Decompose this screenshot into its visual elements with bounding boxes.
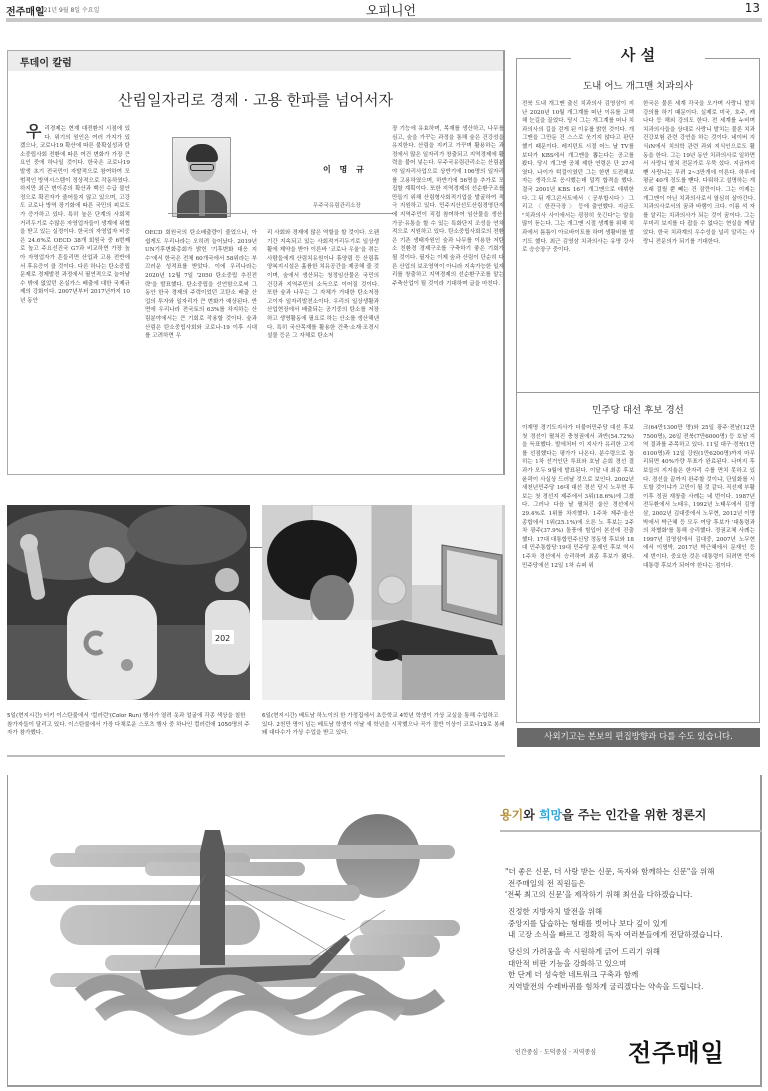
ship-illustration <box>20 780 460 1080</box>
svg-text:202: 202 <box>215 634 230 643</box>
ad-headline: 용기와 희망을 주는 인간을 위한 정론지 <box>500 806 706 823</box>
today-column: 투데이 칼럼 산림일자리로 경제 · 고용 한파를 넘어서자 우 리경제는 현재… <box>7 50 505 475</box>
photo-caption-2: 6일(현지시간) 베트남 하노이의 한 가정집에서 초등학교 4학년 학생이 가… <box>262 712 505 738</box>
author-name: 이 명 규 <box>323 164 367 175</box>
editorial-text-2a: 이재명 경기도지사가 더불어민주당 대선 후보 첫 경선이 펼쳐진 충청권에서 … <box>522 424 634 570</box>
column-text-col4: 장 기능에 유효하며, 목재를 생산하고, 나무를 심고, 숲을 가꾸는 과정을… <box>392 125 504 288</box>
section-title: 오피니언 <box>336 0 446 19</box>
ad-slogan: 인간중심 · 도덕중심 · 지역중심 <box>515 1047 596 1056</box>
column-label: 투데이 칼럼 <box>8 51 503 71</box>
virtual-class-photo <box>262 505 505 700</box>
editorial-text-1a: 전북 도내 개그맨 출신 치과의사 김영삼이 지난 2020년 10월 개그계를… <box>522 100 634 255</box>
drop-cap: 우 <box>26 125 41 139</box>
editorial-text-1b: 한국은 물론 세계 각국을 오가며 사랑니 발치 강의를 하기 때문이다. 실제… <box>643 100 755 246</box>
ad-brand-logo: 전주매일 <box>628 1033 725 1068</box>
column-text-col1: 우 리경제는 현재 대전환의 시점에 있다. 위기의 원인은 여러 가지가 있겠… <box>20 125 130 305</box>
divider <box>500 830 762 832</box>
editorial-text-2b: 크(64만1300만 명)와 25일 광주·전남(12만7500명), 26일 … <box>643 424 755 570</box>
divider <box>168 213 393 214</box>
author-photo <box>172 137 231 217</box>
disclaimer-banner: 사외기고는 본보의 편집방향과 다를 수도 있습니다. <box>517 728 760 747</box>
column-text-col2: OECD 회원국의 탄소배출량이 줄었으나, 아쉽게도 우리나라는 오히려 늘어… <box>145 229 257 341</box>
ad-paragraph-1: "더 좋은 신문, 더 사랑 받는 신문, 독자와 함께하는 신문"을 위해 전… <box>505 866 714 901</box>
divider <box>7 755 505 757</box>
page-number: 13 <box>745 1 760 15</box>
editorial-title-2: 민주당 대선 후보 경선 <box>516 402 760 416</box>
editorial-title-1: 도내 어느 개그맨 치과의사 <box>516 78 760 92</box>
issue-date: 2021년 9월 8일 수요일 <box>36 5 99 14</box>
column-title: 산림일자리로 경제 · 고용 한파를 넘어서자 <box>8 89 503 110</box>
color-run-photo: 202 <box>7 505 250 700</box>
author-role: 무주국유림관리소장 <box>313 201 361 209</box>
page-header: 전주매일 2021년 9월 8일 수요일 오피니언 13 <box>6 0 762 22</box>
ad-paragraph-2: 진정한 지방자치 발전을 위해 중앙지를 답습하는 형태를 벗어나 보다 깊이 … <box>508 906 723 941</box>
column-text-col3: 리 사회와 경제에 많은 역할을 할 것이다. 오랜기간 지속되고 있는 사회적… <box>267 229 379 341</box>
ad-paragraph-3: 당신의 가려움을 속 시원하게 긁어 드리기 위해 대안적 비판 기능을 강화하… <box>508 946 703 992</box>
photo-caption-1: 5일(현지시간) 터키 이스탄불에서 '컬러런'(Color Run) 행사가 … <box>7 712 250 738</box>
